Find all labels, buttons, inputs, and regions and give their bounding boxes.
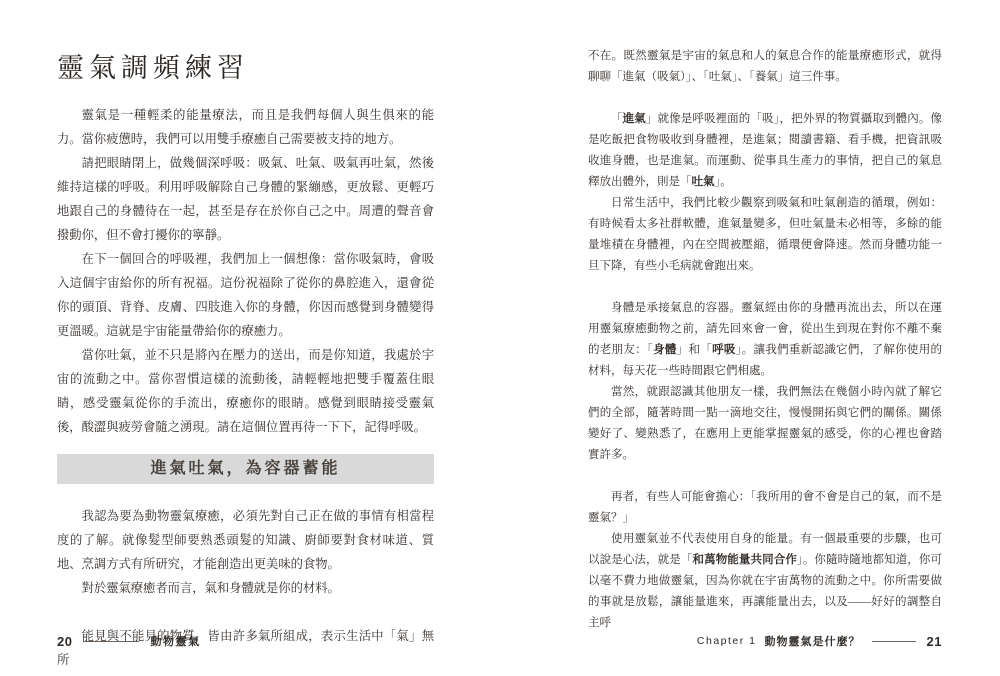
- body-text: 當然，就跟認識其他朋友一樣，我們無法在幾個小時內就了解它們的全部，隨著時間一點一…: [588, 386, 942, 461]
- chapter-label: Chapter 1: [697, 635, 757, 647]
- paragraph: 請把眼睛閉上，做幾個深呼吸：吸氣、吐氣、吸氣再吐氣，然後維持這樣的呼吸。利用呼吸…: [57, 151, 434, 247]
- paragraph: 使用靈氣並不代表使用自身的能量。有一個最重要的步驟，也可以說是心法，就是「和萬物…: [588, 529, 942, 634]
- paragraph: 不在。既然靈氣是宇宙的氣息和人的氣息合作的能量療癒形式，就得聊聊「進氣（吸氣）」…: [588, 46, 942, 88]
- body-text: 靈氣是一種輕柔的能量療法，而且是我們每個人與生俱來的能力。當你疲憊時，我們可以用…: [57, 108, 434, 146]
- paragraph: 身體是承接氣息的容器。靈氣經由你的身體再流出去，所以在運用靈氣療癒動物之前，請先…: [588, 298, 942, 382]
- emphasized-text: 呼吸: [712, 344, 736, 356]
- paragraph: 當然，就跟認識其他朋友一樣，我們無法在幾個小時內就了解它們的全部，隨著時間一點一…: [588, 382, 942, 466]
- left-page-body-top: 靈氣是一種輕柔的能量療法，而且是我們每個人與生俱來的能力。當你疲憊時，我們可以用…: [57, 103, 434, 439]
- book-spread: 靈氣調頻練習 靈氣是一種輕柔的能量療法，而且是我們每個人與生俱來的能力。當你疲憊…: [0, 0, 1000, 676]
- left-page-footer: 20 動物靈氣: [57, 633, 200, 649]
- paragraph: 再者，有些人可能會擔心：「我所用的會不會是自己的氣，而不是靈氣？」: [588, 487, 942, 529]
- left-page: 靈氣調頻練習 靈氣是一種輕柔的能量療法，而且是我們每個人與生俱來的能力。當你疲憊…: [57, 46, 434, 672]
- body-text: 在下一個回合的呼吸裡，我們加上一個想像：當你吸氣時，會吸入這個宇宙給你的所有祝福…: [57, 252, 434, 338]
- paragraph: 我認為要為動物靈氣療癒，必須先對自己正在做的事情有相當程度的了解。就像髮型師要熟…: [57, 504, 434, 576]
- emphasized-text: 和萬物能量共同合作: [692, 554, 796, 566]
- footer-divider-rule: [872, 641, 916, 642]
- body-text: 當你吐氣，並不只是將內在壓力的送出，而是你知道，我處於宇宙的流動之中。當你習慣這…: [57, 348, 434, 434]
- page-title: 靈氣調頻練習: [57, 46, 434, 85]
- body-text: 再者，有些人可能會擔心：「我所用的會不會是自己的氣，而不是靈氣？」: [588, 491, 942, 524]
- footer-divider-rule: [83, 641, 139, 642]
- body-text: 不在。既然靈氣是宇宙的氣息和人的氣息合作的能量療癒形式，就得聊聊「進氣（吸氣）」…: [588, 50, 942, 83]
- body-text: 」。: [715, 176, 732, 188]
- paragraph: 對於靈氣療癒者而言，氣和身體就是你的材料。: [57, 576, 434, 600]
- chapter-title: 動物靈氣是什麼？: [765, 633, 861, 649]
- body-text: 請把眼睛閉上，做幾個深呼吸：吸氣、吐氣、吸氣再吐氣，然後維持這樣的呼吸。利用呼吸…: [57, 156, 434, 242]
- paragraph: 當你吐氣，並不只是將內在壓力的送出，而是你知道，我處於宇宙的流動之中。當你習慣這…: [57, 343, 434, 439]
- right-page-body: 不在。既然靈氣是宇宙的氣息和人的氣息合作的能量療癒形式，就得聊聊「進氣（吸氣）」…: [588, 46, 942, 634]
- right-page-footer: Chapter 1 動物靈氣是什麼？ 21: [697, 633, 942, 649]
- right-page: 不在。既然靈氣是宇宙的氣息和人的氣息合作的能量療癒形式，就得聊聊「進氣（吸氣）」…: [588, 46, 942, 634]
- body-text: 對於靈氣療癒者而言，氣和身體就是你的材料。: [82, 581, 340, 595]
- body-text: 我認為要為動物靈氣療癒，必須先對自己正在做的事情有相當程度的了解。就像髮型師要熟…: [57, 509, 434, 571]
- paragraph: 「進氣」就像是呼吸裡面的「吸」，把外界的物質攝取到體內。像是吃飯把食物吸收到身體…: [588, 109, 942, 193]
- emphasized-text: 身體: [653, 344, 677, 356]
- book-title: 動物靈氣: [150, 633, 200, 649]
- right-page-number: 21: [927, 634, 942, 649]
- body-text: 「: [611, 113, 623, 125]
- left-page-number: 20: [57, 634, 72, 649]
- body-text: 」和「: [677, 344, 712, 356]
- paragraph: 在下一個回合的呼吸裡，我們加上一個想像：當你吸氣時，會吸入這個宇宙給你的所有祝福…: [57, 247, 434, 343]
- section-heading-box: 進氣吐氣，為容器蓄能: [57, 454, 434, 484]
- body-text: 日常生活中，我們比較少觀察到吸氣和吐氣創造的循環，例如：有時候看太多社群軟體，進…: [588, 197, 942, 272]
- emphasized-text: 進氣: [623, 113, 646, 125]
- paragraph: 日常生活中，我們比較少觀察到吸氣和吐氣創造的循環，例如：有時候看太多社群軟體，進…: [588, 193, 942, 277]
- paragraph: 靈氣是一種輕柔的能量療法，而且是我們每個人與生俱來的能力。當你疲憊時，我們可以用…: [57, 103, 434, 151]
- emphasized-text: 吐氣: [692, 176, 715, 188]
